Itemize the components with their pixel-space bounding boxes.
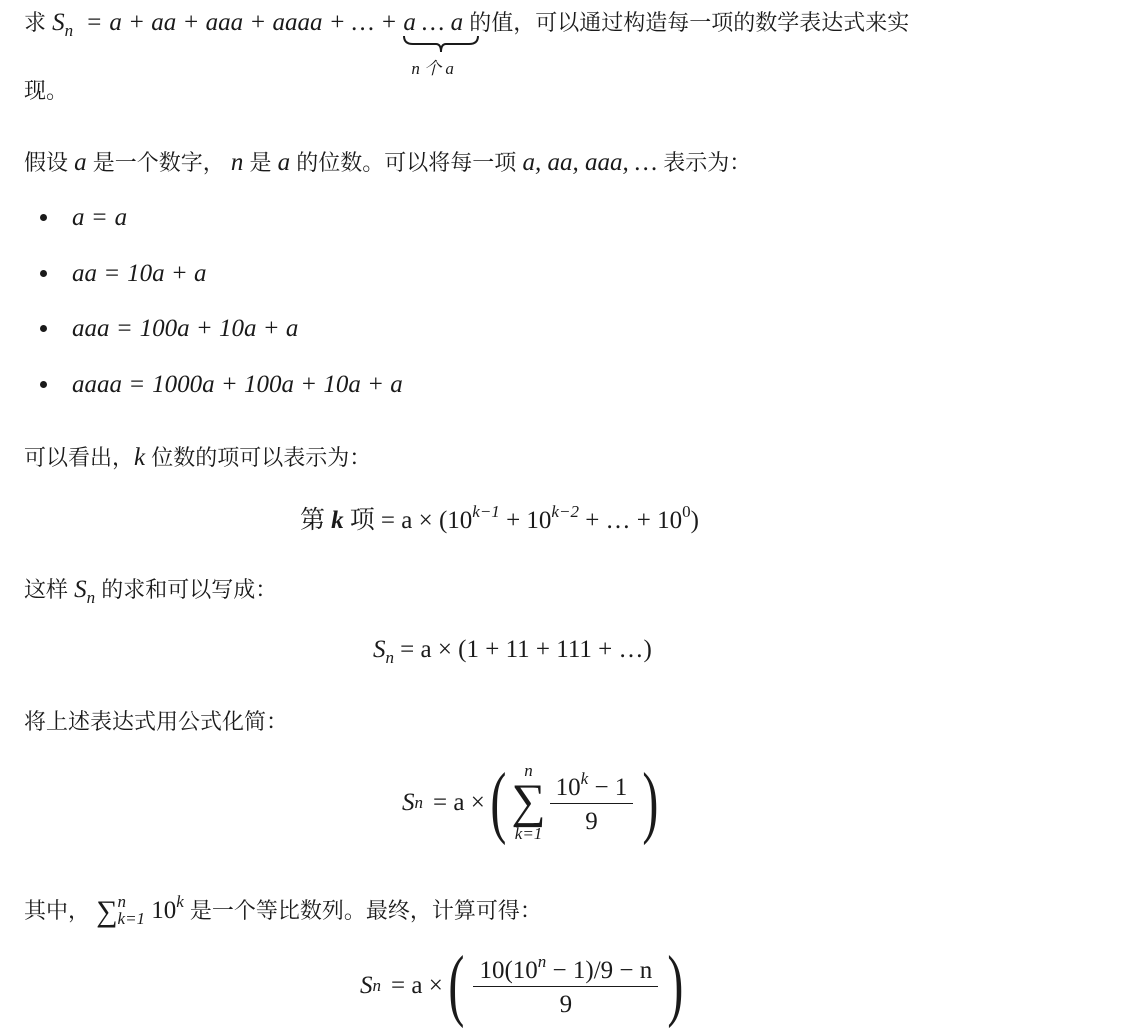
exponent: n: [538, 952, 547, 971]
math-s: S: [373, 636, 386, 663]
math: + 10: [500, 507, 552, 534]
denominator: 9: [560, 987, 573, 1017]
num-base: 10: [556, 774, 581, 801]
math: 10: [151, 897, 176, 924]
math-sub-n: n: [65, 21, 74, 40]
text: 位数的项可以表示为：: [151, 445, 371, 470]
text: 第: [300, 507, 325, 534]
math-sub-n: n: [373, 977, 382, 994]
num-b: − 1)/9 − n: [546, 957, 652, 984]
lhs: a: [72, 204, 85, 231]
bullet-icon: [40, 381, 47, 388]
math-a: a: [278, 149, 291, 176]
math: + … + 10: [579, 507, 682, 534]
lower-limit: k=1: [118, 910, 146, 927]
denominator: 9: [585, 804, 598, 834]
text: 可以看出，: [24, 445, 134, 470]
wrap-text: 现。: [24, 80, 68, 102]
list-item: a=a: [40, 205, 127, 230]
observation-text: 可以看出，k 位数的项可以表示为：: [24, 445, 371, 470]
rhs: 10a + a: [127, 260, 206, 287]
text: 表示为：: [663, 150, 751, 175]
math: = a × (1 + 11 + 111 + …): [400, 636, 652, 663]
math-sub-n: n: [386, 648, 395, 667]
lhs: aaaa: [72, 371, 122, 398]
text: 是一个等比数列。最终，计算可得：: [190, 898, 542, 923]
assumption-text: 假设 a 是一个数字， n 是 a 的位数。可以将每一项 a, aa, aaa,…: [24, 150, 751, 175]
exponent: k−1: [472, 502, 500, 521]
left-paren-icon: (: [448, 945, 464, 1025]
list-item: aa=10a + a: [40, 261, 206, 286]
math-seq: a, aa, aaa, …: [522, 149, 657, 176]
exponent: k: [176, 892, 184, 911]
where-text: 其中， ∑nk=1 10k 是一个等比数列。最终，计算可得：: [24, 893, 542, 929]
math-n: n: [231, 149, 244, 176]
math-terms: a + aa + aaa + aaaa + … +: [109, 9, 397, 36]
underbrace-icon: [403, 34, 479, 54]
bullet-icon: [40, 270, 47, 277]
text: 的位数。可以将每一项: [296, 150, 516, 175]
simplify-text: 将上述表达式用公式化简：: [24, 711, 288, 733]
brace-label: n 个 a: [411, 60, 454, 77]
equation-final: Sn = a × ( 10(10n − 1)/9 − n 9 ): [360, 945, 689, 1025]
upper-limit: n: [118, 893, 146, 910]
math-sub-n: n: [415, 794, 424, 811]
rhs: 100a + 10a + a: [140, 315, 299, 342]
math-a: a: [74, 149, 87, 176]
sigma-icon: ∑: [511, 779, 545, 825]
math-s: S: [402, 790, 415, 815]
text: 是一个数字，: [93, 150, 225, 175]
text: 这样: [24, 577, 68, 602]
problem-statement: 求 Sn =a + aa + aaa + aaaa + … + a … a n …: [24, 10, 909, 39]
math-k: k: [134, 444, 145, 471]
math: = a × (10: [381, 507, 472, 534]
math-s: S: [74, 576, 87, 603]
brace-content: a … a: [403, 9, 463, 36]
math-k: k: [331, 507, 344, 534]
num-rest: − 1: [588, 774, 627, 801]
fraction: 10(10n − 1)/9 − n 9: [473, 953, 658, 1017]
math: = a ×: [433, 790, 485, 815]
lhs: aaa: [72, 315, 110, 342]
suffix-text: 的值，可以通过构造每一项的数学表达式来实: [469, 10, 909, 35]
limits: nk=1: [118, 893, 146, 927]
underbrace-group: a … a n 个 a: [403, 10, 463, 35]
math-sub-n: n: [87, 588, 96, 607]
math-s: S: [360, 973, 373, 998]
lower-limit: k=1: [515, 825, 543, 842]
list-item: aaaa=1000a + 100a + 10a + a: [40, 372, 403, 397]
math-eq: =: [79, 9, 109, 36]
rhs: 1000a + 100a + 10a + a: [152, 371, 403, 398]
text: 的求和可以写成：: [101, 577, 277, 602]
left-paren-icon: (: [490, 762, 506, 842]
text: 假设: [24, 150, 68, 175]
fraction: 10k − 1 9: [550, 770, 634, 834]
right-paren-icon: ): [668, 945, 684, 1025]
sum-intro-text: 这样 Sn 的求和可以写成：: [24, 577, 277, 606]
bullet-icon: [40, 325, 47, 332]
prefix-text: 求: [24, 10, 46, 35]
sigma-icon: ∑: [96, 895, 117, 928]
list-item: aaa=100a + 10a + a: [40, 316, 298, 341]
equation-kth-term: 第 k 项 = a × (10k−1 + 10k−2 + … + 100): [300, 503, 699, 533]
exponent: k−2: [551, 502, 579, 521]
exponent: 0: [682, 502, 691, 521]
text: 其中，: [24, 898, 90, 923]
bullet-icon: [40, 214, 47, 221]
right-paren-icon: ): [643, 762, 659, 842]
math: = a ×: [391, 973, 443, 998]
sigma-block: n ∑ k=1: [511, 762, 545, 842]
math-s: S: [52, 9, 65, 36]
equation-sum: Sn = a × (1 + 11 + 111 + …): [373, 637, 652, 666]
rhs: a: [115, 204, 128, 231]
num-a: 10(10: [479, 957, 537, 984]
equation-sigma: Sn = a × ( n ∑ k=1 10k − 1 9 ): [402, 762, 664, 842]
text: 是: [250, 150, 272, 175]
lhs: aa: [72, 260, 97, 287]
math: ): [691, 507, 699, 534]
text: 项: [350, 507, 375, 534]
